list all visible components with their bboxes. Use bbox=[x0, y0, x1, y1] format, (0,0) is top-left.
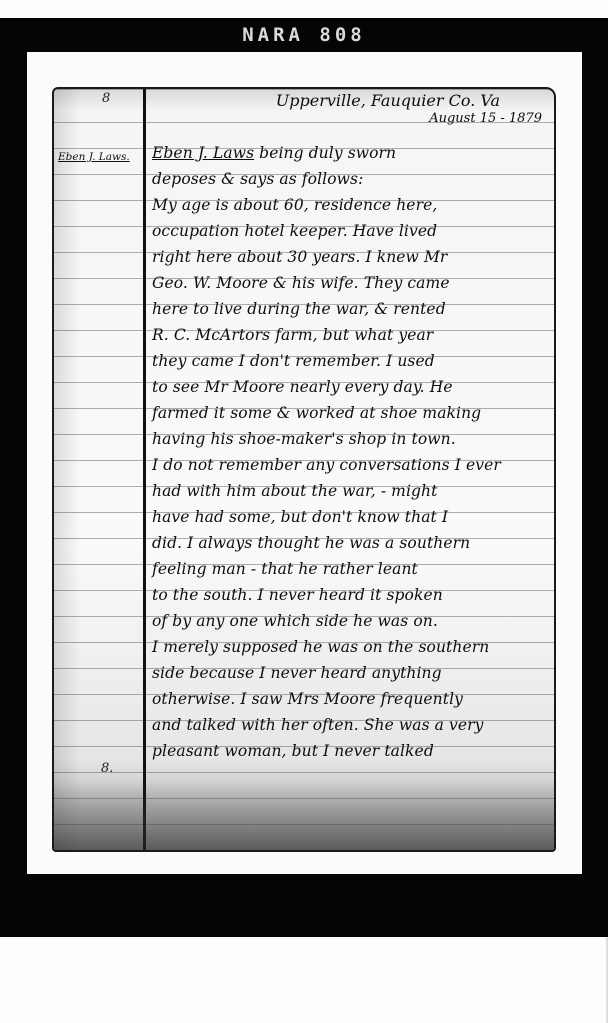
text-line: side because I never heard anything bbox=[152, 664, 442, 682]
margin-deponent-name: Eben J. Laws. bbox=[58, 151, 142, 163]
margin-divider bbox=[143, 89, 146, 850]
text-line: pleasant woman, but I never talked bbox=[152, 742, 434, 760]
frame-label: NARA 808 bbox=[0, 24, 608, 46]
text-line: here to live during the war, & rented bbox=[152, 300, 446, 318]
page-stain bbox=[54, 780, 554, 850]
text-line: they came I don't remember. I used bbox=[152, 352, 435, 370]
folio-number-bottom: 8. bbox=[101, 761, 113, 776]
ledger-page: 8 Eben J. Laws. 8. Upperville, Fauquier … bbox=[52, 87, 556, 852]
folio-number-top: 8 bbox=[102, 91, 110, 106]
text-line: R. C. McArtors farm, but what year bbox=[152, 326, 433, 344]
margin-column bbox=[54, 89, 143, 850]
text-line: to see Mr Moore nearly every day. He bbox=[152, 378, 453, 396]
text-line: right here about 30 years. I knew Mr bbox=[152, 248, 447, 266]
text-line: I merely supposed he was on the southern bbox=[152, 638, 489, 656]
text-line: Geo. W. Moore & his wife. They came bbox=[152, 274, 450, 292]
text-line: otherwise. I saw Mrs Moore frequently bbox=[152, 690, 463, 708]
text-line: have had some, but don't know that I bbox=[152, 508, 448, 526]
text-line: did. I always thought he was a southern bbox=[152, 534, 470, 552]
deponent-name: Eben J. Laws bbox=[152, 144, 254, 162]
text-line: I do not remember any conversations I ev… bbox=[152, 456, 501, 474]
document-paper: 8 Eben J. Laws. 8. Upperville, Fauquier … bbox=[27, 52, 582, 874]
text-line: Eben J. Laws being duly sworn bbox=[152, 144, 396, 162]
top-strip bbox=[0, 0, 608, 19]
text-line: to the south. I never heard it spoken bbox=[152, 586, 443, 604]
microfilm-frame: NARA 808 8 Eben J. Laws. 8. Upperville, … bbox=[0, 18, 608, 937]
text-line: feeling man - that he rather leant bbox=[152, 560, 418, 578]
text-line: farmed it some & worked at shoe making bbox=[152, 404, 481, 422]
bottom-area bbox=[0, 937, 608, 1023]
date-heading: August 15 - 1879 bbox=[429, 111, 542, 126]
text-line: My age is about 60, residence here, bbox=[152, 196, 437, 214]
text-line: deposes & says as follows: bbox=[152, 170, 363, 188]
text-line: occupation hotel keeper. Have lived bbox=[152, 222, 437, 240]
place-heading: Upperville, Fauquier Co. Va bbox=[276, 91, 500, 110]
text-line: having his shoe-maker's shop in town. bbox=[152, 430, 456, 448]
text-line: had with him about the war, - might bbox=[152, 482, 437, 500]
text-line: of by any one which side he was on. bbox=[152, 612, 438, 630]
text-line: and talked with her often. She was a ver… bbox=[152, 716, 484, 734]
